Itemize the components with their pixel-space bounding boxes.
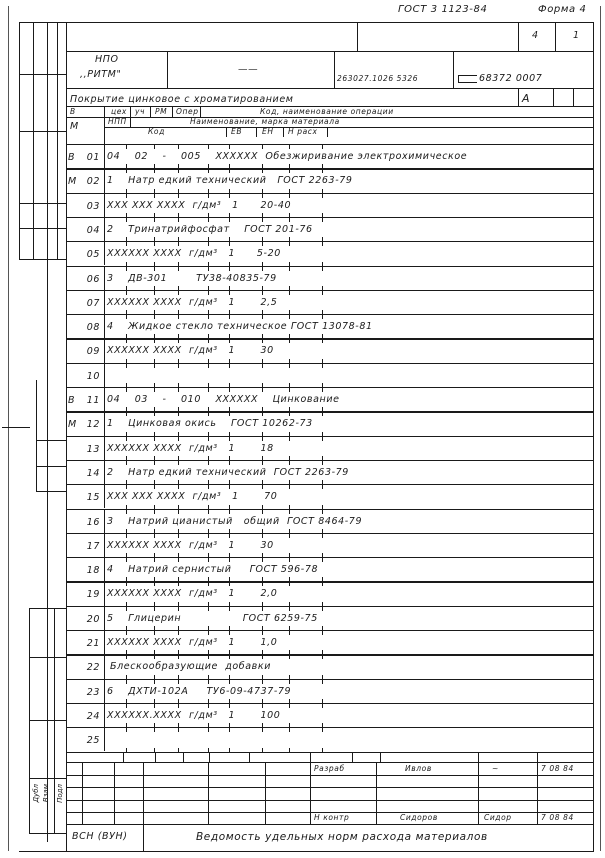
row-divider (104, 509, 105, 533)
grid-tick (322, 607, 323, 611)
sheets-total: 4 (532, 30, 539, 41)
grid-tick (322, 432, 323, 436)
grid-tick (229, 291, 230, 295)
row-number: 05 (80, 249, 100, 260)
row-number: 01 (80, 152, 100, 163)
row-text: Блескообразующие добавки (110, 661, 271, 672)
row-type: В (68, 152, 75, 163)
grid-tick (208, 334, 209, 338)
stamp-line (352, 752, 353, 762)
grid-tick (208, 480, 209, 484)
grid-tick (178, 432, 179, 436)
row-number: 15 (80, 492, 100, 503)
grid-tick (126, 699, 127, 703)
grid-tick (289, 291, 290, 295)
cell-divider (172, 106, 173, 117)
grid-tick (126, 505, 127, 509)
grid-tick (322, 315, 323, 319)
grid-tick (262, 723, 263, 727)
margin-line (47, 22, 48, 842)
grid-tick (289, 437, 290, 441)
stamp-line (66, 800, 594, 801)
grid-tick (262, 189, 263, 193)
grid-tick (289, 558, 290, 562)
row-divider (104, 703, 105, 727)
grid-tick (262, 237, 263, 241)
control-signature: Сидор (484, 813, 512, 822)
cell-divider (327, 127, 328, 137)
grid-tick (126, 432, 127, 436)
grid-tick (322, 237, 323, 241)
grid-tick (178, 505, 179, 509)
row-text: 2 Тринатрийфосфат ГОСТ 201-76 (107, 224, 313, 235)
grid-tick (178, 748, 179, 752)
grid-tick (322, 242, 323, 246)
grid-tick (322, 505, 323, 509)
margin-line (36, 466, 67, 467)
grid-tick (208, 626, 209, 630)
control-date: 7 08 84 (541, 813, 574, 822)
part-number-field: 68372 0007 (458, 73, 542, 84)
row-line (66, 88, 594, 89)
grid-tick (229, 699, 230, 703)
cell-divider (555, 22, 556, 51)
grid-tick (322, 553, 323, 557)
grid-tick (229, 383, 230, 387)
row-text: 3 ДВ-301 ТУ38-40835-79 (107, 273, 277, 284)
row-text: 5 Глицерин ГОСТ 6259-75 (107, 613, 318, 624)
grid-tick (178, 189, 179, 193)
grid-tick (262, 675, 263, 679)
grid-tick (208, 407, 209, 411)
grid-tick (289, 213, 290, 217)
grid-tick (178, 310, 179, 314)
grid-tick (178, 388, 179, 392)
grid-tick (126, 437, 127, 441)
grid-tick (322, 529, 323, 533)
grid-tick (126, 461, 127, 465)
grid-tick (178, 631, 179, 635)
row-number: 25 (80, 735, 100, 746)
col-en: ЕН (262, 127, 274, 136)
organization-line1: НПО (95, 54, 119, 65)
grid-tick (178, 456, 179, 460)
grid-tick (289, 242, 290, 246)
row-number: 08 (80, 322, 100, 333)
grid-tick (322, 169, 323, 173)
row-text: 04 02 - 005 XXXXXX Обезжиривание электро… (107, 151, 467, 162)
row-text: XXXXXX XXXX г/дм³ 1 18 (107, 443, 274, 454)
grid-tick (178, 529, 179, 533)
grid-tick (322, 655, 323, 659)
grid-tick (208, 237, 209, 241)
row-text: 1 Натр едкий технический ГОСТ 2263-79 (107, 175, 353, 186)
grid-tick (208, 728, 209, 732)
standard-reference: ГОСТ 3 1123-84 (398, 4, 487, 15)
grid-tick (262, 262, 263, 266)
grid-tick (208, 364, 209, 368)
grid-tick (322, 577, 323, 581)
grid-tick (229, 334, 230, 338)
grid-tick (322, 310, 323, 314)
grid-tick (126, 315, 127, 319)
grid-tick (262, 680, 263, 684)
grid-tick (229, 602, 230, 606)
grid-tick (262, 334, 263, 338)
grid-tick (178, 626, 179, 630)
grid-tick (154, 364, 155, 368)
grid-tick (322, 748, 323, 752)
grid-tick (178, 607, 179, 611)
stamp-line (66, 752, 594, 753)
row-line (66, 557, 594, 558)
grid-tick (289, 553, 290, 557)
grid-tick (262, 359, 263, 363)
grid-tick (126, 383, 127, 387)
grid-tick (178, 577, 179, 581)
cell-divider (167, 51, 168, 88)
grid-tick (322, 680, 323, 684)
grid-tick (289, 510, 290, 514)
grid-tick (126, 194, 127, 198)
grid-tick (229, 213, 230, 217)
grid-tick (289, 675, 290, 679)
grid-tick (208, 412, 209, 416)
row-line (66, 314, 594, 315)
grid-tick (178, 286, 179, 290)
grid-tick (126, 553, 127, 557)
grid-tick (208, 680, 209, 684)
row-divider (104, 727, 105, 751)
row-number: 10 (80, 371, 100, 382)
grid-tick (229, 189, 230, 193)
grid-tick (262, 602, 263, 606)
grid-tick (262, 339, 263, 343)
stamp-line (209, 752, 210, 762)
grid-tick (208, 388, 209, 392)
grid-tick (322, 412, 323, 416)
grid-tick (322, 164, 323, 168)
row-divider (104, 193, 105, 217)
grid-tick (208, 286, 209, 290)
col-operation: Опер (176, 107, 199, 116)
grid-tick (126, 291, 127, 295)
row-number: 12 (80, 419, 100, 430)
row-line (66, 290, 594, 291)
row-divider (104, 363, 105, 387)
grid-tick (126, 456, 127, 460)
grid-tick (154, 680, 155, 684)
col-ev: ЕВ (231, 127, 242, 136)
row-number: 24 (80, 711, 100, 722)
grid-tick (208, 164, 209, 168)
margin-line (33, 22, 34, 260)
grid-tick (126, 242, 127, 246)
cell-divider (200, 106, 201, 117)
row-number: 23 (80, 687, 100, 698)
margin-line (19, 74, 67, 75)
grid-tick (229, 364, 230, 368)
grid-tick (154, 267, 155, 271)
grid-tick (289, 407, 290, 411)
grid-tick (229, 437, 230, 441)
stamp-line (143, 762, 144, 851)
grid-tick (178, 680, 179, 684)
grid-tick (126, 529, 127, 533)
grid-tick (289, 626, 290, 630)
row-line (66, 217, 594, 218)
grid-tick (262, 169, 263, 173)
cell-divider (256, 127, 257, 137)
grid-tick (126, 262, 127, 266)
grid-tick (289, 655, 290, 659)
grid-tick (322, 485, 323, 489)
grid-tick (126, 339, 127, 343)
row-divider (104, 144, 105, 168)
row-number: 17 (80, 541, 100, 552)
grid-tick (126, 310, 127, 314)
frame-bottom (19, 851, 594, 852)
grid-tick (322, 388, 323, 392)
col-workplace: РМ (155, 107, 167, 116)
grid-tick (154, 286, 155, 290)
row-line (66, 387, 594, 388)
row-line (66, 581, 594, 582)
grid-tick (126, 407, 127, 411)
margin-line (29, 720, 67, 721)
margin-line (19, 228, 67, 229)
grid-tick (262, 432, 263, 436)
grid-tick (126, 189, 127, 193)
grid-tick (229, 267, 230, 271)
grid-tick (126, 213, 127, 217)
stamp-line (82, 762, 83, 824)
grid-tick (322, 334, 323, 338)
grid-tick (289, 631, 290, 635)
grid-tick (154, 291, 155, 295)
grid-tick (208, 534, 209, 538)
grid-tick (229, 650, 230, 654)
grid-tick (154, 529, 155, 533)
grid-tick (229, 407, 230, 411)
grid-tick (208, 510, 209, 514)
grid-tick (262, 553, 263, 557)
stamp-line (66, 775, 594, 776)
grid-tick (289, 164, 290, 168)
stamp-line (249, 752, 250, 762)
grid-tick (229, 728, 230, 732)
grid-tick (289, 383, 290, 387)
grid-tick (289, 334, 290, 338)
grid-tick (208, 553, 209, 557)
grid-tick (289, 480, 290, 484)
grid-tick (208, 505, 209, 509)
grid-tick (262, 412, 263, 416)
row-divider (104, 533, 105, 557)
grid-tick (208, 704, 209, 708)
margin-line (29, 608, 67, 609)
grid-tick (126, 145, 127, 149)
grid-tick (262, 650, 263, 654)
grid-tick (154, 723, 155, 727)
row-text: 2 Натр едкий технический ГОСТ 2263-79 (107, 467, 349, 478)
grid-tick (208, 242, 209, 246)
grid-tick (154, 485, 155, 489)
grid-tick (208, 267, 209, 271)
grid-tick (154, 437, 155, 441)
grid-tick (208, 602, 209, 606)
grid-tick (126, 626, 127, 630)
box-icon (458, 75, 477, 83)
grid-tick (322, 723, 323, 727)
grid-tick (322, 631, 323, 635)
grid-tick (126, 675, 127, 679)
organization-line2: ,,РИТМ" (80, 69, 121, 80)
col-norm: Н расх (288, 127, 318, 136)
grid-tick (262, 461, 263, 465)
row-number: 04 (80, 225, 100, 236)
grid-tick (178, 553, 179, 557)
grid-tick (322, 510, 323, 514)
grid-tick (289, 218, 290, 222)
grid-tick (154, 383, 155, 387)
grid-tick (262, 291, 263, 295)
control-label: Н контр (314, 813, 349, 822)
grid-tick (178, 169, 179, 173)
row-divider (104, 217, 105, 241)
grid-tick (154, 315, 155, 319)
row-text: 4 Жидкое стекло техническое ГОСТ 13078-8… (107, 321, 373, 332)
grid-tick (262, 704, 263, 708)
grid-tick (178, 510, 179, 514)
grid-tick (289, 723, 290, 727)
margin-line (29, 778, 67, 779)
label-podl: Подл (56, 784, 64, 803)
grid-tick (154, 607, 155, 611)
grid-tick (154, 505, 155, 509)
grid-tick (262, 582, 263, 586)
grid-tick (208, 315, 209, 319)
grid-tick (154, 213, 155, 217)
grid-tick (208, 650, 209, 654)
grid-tick (126, 631, 127, 635)
grid-tick (229, 704, 230, 708)
row-divider (104, 484, 105, 508)
grid-tick (178, 534, 179, 538)
grid-tick (289, 412, 290, 416)
document-code: 263027.1026 5326 (337, 74, 418, 83)
grid-tick (178, 650, 179, 654)
row-number: 20 (80, 614, 100, 625)
grid-tick (208, 194, 209, 198)
grid-tick (208, 213, 209, 217)
grid-tick (289, 699, 290, 703)
grid-tick (229, 388, 230, 392)
grid-tick (262, 655, 263, 659)
grid-tick (229, 262, 230, 266)
cell-divider (334, 51, 335, 88)
grid-tick (322, 456, 323, 460)
grid-tick (262, 505, 263, 509)
grid-tick (208, 432, 209, 436)
grid-tick (289, 315, 290, 319)
row-line (66, 436, 594, 437)
placeholder-dash: —— (238, 64, 258, 75)
grid-tick (178, 675, 179, 679)
grid-tick (126, 334, 127, 338)
grid-tick (208, 310, 209, 314)
row-line (66, 266, 594, 267)
grid-tick (289, 461, 290, 465)
grid-tick (262, 145, 263, 149)
row-type: В (68, 395, 75, 406)
grid-tick (178, 262, 179, 266)
row-divider (104, 460, 105, 484)
row-divider (104, 557, 105, 581)
grid-tick (289, 267, 290, 271)
grid-tick (229, 145, 230, 149)
grid-tick (154, 145, 155, 149)
grid-tick (154, 534, 155, 538)
grid-tick (126, 412, 127, 416)
grid-tick (126, 607, 127, 611)
grid-tick (154, 461, 155, 465)
grid-tick (154, 558, 155, 562)
grid-tick (154, 237, 155, 241)
grid-tick (178, 237, 179, 241)
stamp-line (310, 752, 311, 824)
grid-tick (126, 237, 127, 241)
grid-tick (322, 194, 323, 198)
grid-tick (229, 510, 230, 514)
grid-tick (289, 388, 290, 392)
grid-tick (126, 388, 127, 392)
grid-tick (208, 169, 209, 173)
grid-tick (322, 650, 323, 654)
control-name: Сидоров (400, 813, 438, 822)
grid-tick (154, 631, 155, 635)
grid-tick (322, 704, 323, 708)
grid-tick (208, 748, 209, 752)
sheet-number: 1 (573, 30, 580, 41)
grid-tick (178, 558, 179, 562)
col-npp: НПП (108, 117, 127, 126)
row-number: 07 (80, 298, 100, 309)
col-operation-name: Код, наименование операции (260, 107, 394, 116)
grid-tick (178, 339, 179, 343)
row-line (66, 654, 594, 655)
grid-tick (154, 748, 155, 752)
row-line (66, 338, 594, 339)
grid-tick (322, 218, 323, 222)
grid-tick (322, 699, 323, 703)
part-number: 68372 0007 (479, 73, 542, 84)
grid-tick (178, 602, 179, 606)
grid-tick (178, 655, 179, 659)
grid-tick (289, 602, 290, 606)
grid-tick (289, 145, 290, 149)
grid-tick (178, 213, 179, 217)
row-number: 09 (80, 346, 100, 357)
row-line (66, 363, 594, 364)
grid-tick (154, 310, 155, 314)
grid-tick (178, 364, 179, 368)
grid-tick (322, 364, 323, 368)
grid-tick (262, 534, 263, 538)
grid-tick (322, 407, 323, 411)
grid-tick (154, 412, 155, 416)
grid-tick (322, 602, 323, 606)
